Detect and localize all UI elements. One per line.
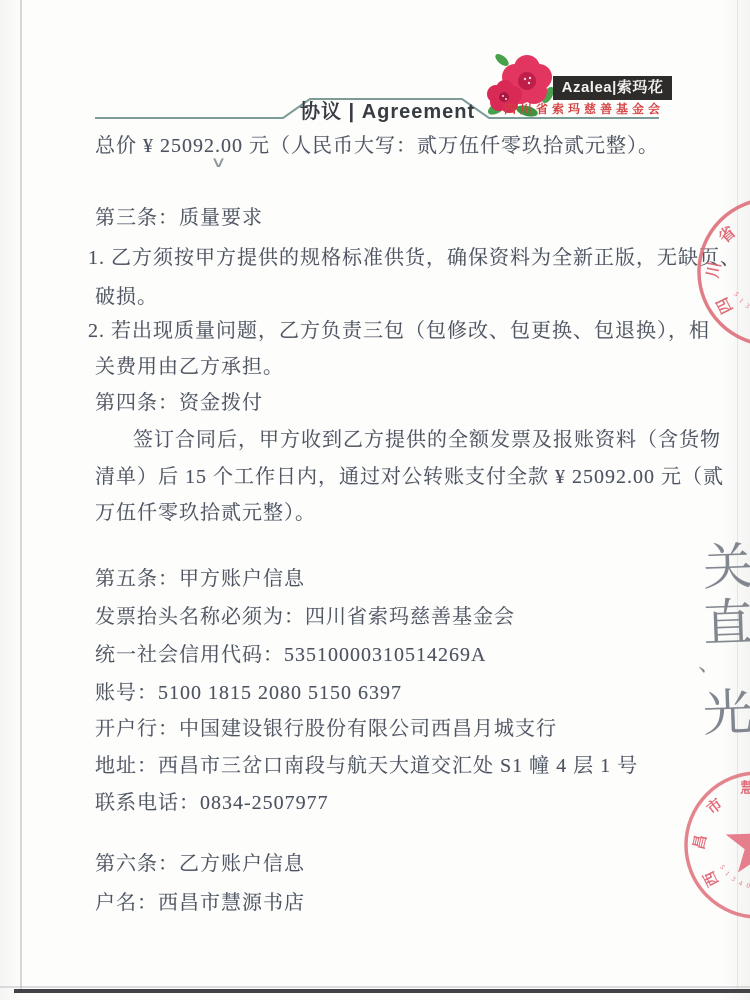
- doc-line-vendor-name: 户名：西昌市慧源书店: [95, 890, 305, 916]
- margin-handwriting-4: 光: [702, 685, 750, 741]
- doc-line-phone: 联系电话：0834-2507977: [95, 790, 329, 816]
- page-left-edge-shadow: [20, 0, 22, 990]
- doc-line-account-number: 账号：5100 1815 2080 5150 6397: [95, 680, 402, 706]
- margin-handwriting-2: 直: [702, 595, 750, 651]
- doc-line-bank: 开户行：中国建设银行股份有限公司西昌月城支行: [95, 716, 557, 742]
- stamp-star-icon: [726, 811, 750, 873]
- price-check-mark: ∨: [210, 153, 226, 171]
- scan-bottom-edge: [14, 989, 750, 993]
- doc-line: 1. 乙方须按甲方提供的规格标准供货，确保资料为全新正版，无缺页、: [88, 245, 741, 271]
- doc-line: 万伍仟零玖拾贰元整）。: [95, 500, 316, 526]
- doc-line-credit-code: 统一社会信用代码：53510000310514269A: [95, 642, 486, 668]
- doc-line: 破损。: [95, 284, 158, 310]
- doc-line-total-price: 总价 ¥ 25092.00 元（人民币大写：贰万伍仟零玖拾贰元整）。: [95, 133, 659, 159]
- org-seal-stamp: 四川省索玛慈善基金会 5134011: [672, 182, 750, 362]
- logo-badge: Azalea|索玛花: [553, 76, 672, 100]
- doc-line: 2. 若出现质量问题，乙方负责三包（包修改、包更换、包退换），相: [88, 318, 710, 344]
- doc-line-address: 地址：西昌市三岔口南段与航天大道交汇处 S1 幢 4 层 1 号: [95, 753, 638, 779]
- margin-handwriting-1: 关: [702, 539, 750, 595]
- doc-line: 签订合同后，甲方收到乙方提供的全额发票及报账资料（含货物: [133, 427, 721, 453]
- margin-handwriting-3: 、: [698, 651, 750, 675]
- svg-text:5134011: 5134011: [718, 864, 750, 892]
- doc-line: 清单）后 15 个工作日内，通过对公转账支付全款 ¥ 25092.00 元（贰: [95, 464, 724, 490]
- doc-line-article5-heading: 第五条：甲方账户信息: [95, 566, 305, 592]
- svg-text:5134011: 5134011: [732, 291, 750, 319]
- doc-line-article4-heading: 第四条：资金拨付: [95, 390, 263, 416]
- doc-line: 关费用由乙方承担。: [95, 354, 284, 380]
- scanned-agreement-page: { "header": { "title": "协议 | Agreement",…: [0, 0, 750, 1000]
- doc-line-article3-heading: 第三条：质量要求: [95, 205, 263, 231]
- scan-bottom-soft-shadow: [0, 986, 750, 988]
- doc-line-invoice-title: 发票抬头名称必须为：四川省索玛慈善基金会: [95, 604, 515, 630]
- page-title: 协议 | Agreement: [300, 99, 472, 125]
- logo-subtitle: 四川省索玛慈善基金会: [504, 102, 674, 116]
- doc-line-article6-heading: 第六条：乙方账户信息: [95, 851, 305, 877]
- vendor-seal-stamp: 西昌市慧源书店 5134011: [655, 770, 750, 930]
